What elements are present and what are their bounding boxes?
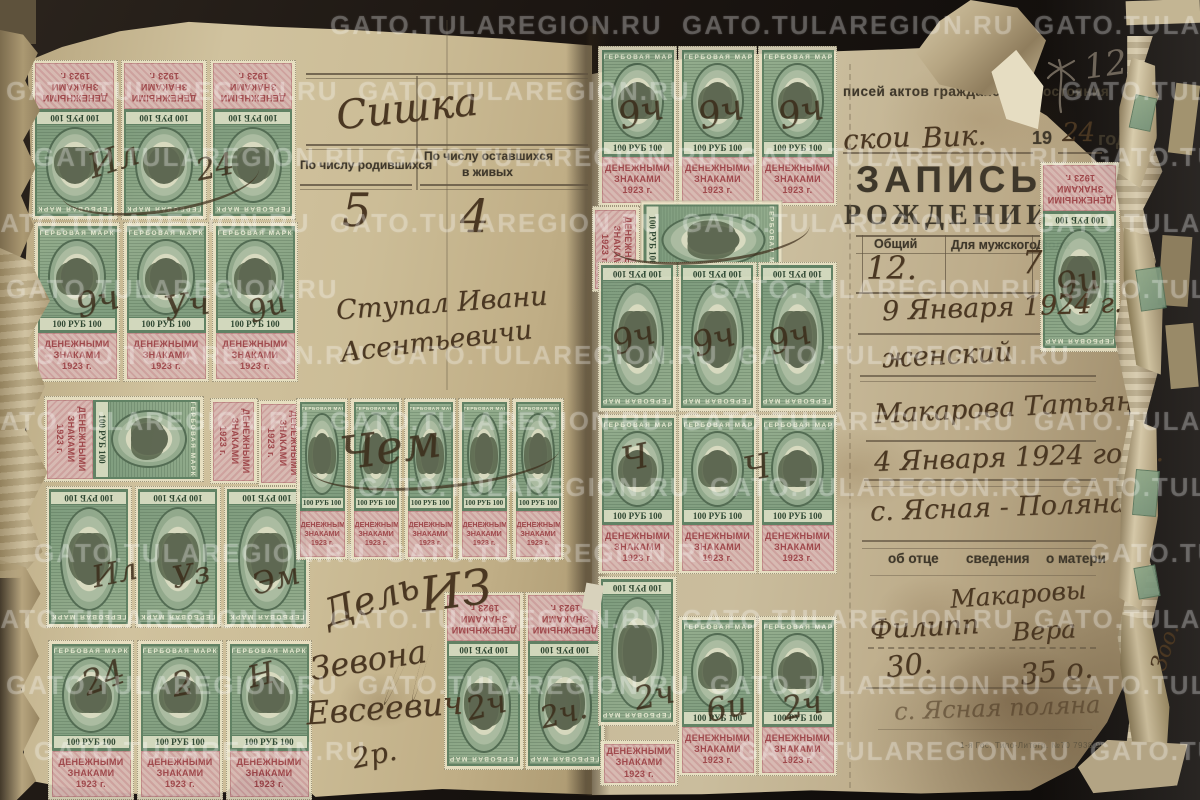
stamp-title: ГЕРБОВАЯ МАРКА: [450, 756, 519, 765]
stamp-value: 100 РУБ 100: [684, 509, 752, 523]
stamp-title: ГЕРБОВАЯ МАРКА: [40, 228, 115, 237]
stamp-overprint: ДЕНЕЖНЫМИЗНАКАМИ1923 г.: [682, 157, 754, 203]
revenue-stamp: ГЕРБОВАЯ МАРКА 100 РУБ 100 ДЕНЕЖНЫМИЗНАК…: [525, 592, 605, 770]
stamp-overprint: ДЕНЕЖНЫМИЗНАКАМИ1923 г.: [127, 333, 206, 379]
pencil-flourish-mark: [1044, 56, 1078, 114]
rule: [860, 375, 1096, 377]
stamp-title: ГЕРБОВАЯ МАРКА: [232, 646, 307, 655]
revenue-stamp: ГЕРБОВАЯ МАРКА 100 РУБ 100 ДЕНЕЖНЫМИЗНАК…: [1040, 162, 1120, 352]
year-handwriting: 24: [1062, 120, 1095, 147]
stamp-overprint: ДЕНЕЖНЫМИЗНАКАМИ1923 г.: [230, 751, 309, 797]
record-title-line1: ЗАПИСЬ: [856, 161, 1042, 200]
stamp-value: 100 РУБ 100: [141, 492, 216, 506]
rule: [856, 235, 1040, 237]
revenue-stamp: ДЕНЕЖНЫМИЗНАКАМИ1923 г.: [600, 740, 678, 786]
stamp-value: 100 РУБ 100: [302, 497, 343, 509]
stamp-overprint: ДЕНЕЖНЫМИЗНАКАМИ1923 г.: [762, 157, 834, 203]
revenue-stamp: ГЕРБОВАЯ МАРКА 100 РУБ 100 ДЕНЕЖНЫМИЗНАК…: [44, 396, 204, 482]
stamp-overprint: ДЕНЕЖНЫМИЗНАКАМИ1923 г.: [52, 751, 131, 797]
stamp-overprint: ДЕНЕЖНЫМИЗНАКАМИ1923 г.: [462, 511, 507, 557]
stamp-value: 100 РУБ 100: [604, 141, 672, 155]
stamp-value: 100 РУБ 100: [450, 644, 519, 658]
stamp-overprint: ДЕНЕЖНЫМИЗНАКАМИ1923 г.: [602, 157, 674, 203]
stamp-value: 100 РУБ 100: [52, 492, 127, 506]
stamp-title: ГЕРБОВАЯ МАРКА: [410, 404, 451, 411]
stamp-title: ГЕРБОВАЯ МАРКА: [604, 52, 672, 61]
rule: [862, 235, 863, 293]
stamp-fragment: [1132, 469, 1160, 517]
section-header-info: сведения: [966, 552, 1030, 566]
stamp-title: ГЕРБОВАЯ МАРКА: [1046, 338, 1115, 347]
stamp-value: 100 РУБ 100: [96, 402, 110, 477]
stamp-value: 100 РУБ 100: [356, 497, 397, 509]
stamp-overprint: ДЕНЕЖНЫМИЗНАКАМИ1923 г.: [141, 751, 220, 797]
stamp-title: ГЕРБОВАЯ МАРКА: [764, 398, 832, 407]
stamp-value: 100 РУБ 100: [518, 497, 559, 509]
corner-page-number: 12: [1082, 45, 1130, 86]
mother-name-handwriting: Вера: [1011, 616, 1076, 646]
stamp-title: ГЕРБОВАЯ МАРКА: [684, 420, 752, 429]
stamp-value: 100 РУБ 100: [230, 492, 305, 506]
stamp-value: 100 РУБ 100: [216, 112, 291, 126]
col-header-alive-line1: По числу оставшихся: [424, 150, 553, 163]
stamp-overprint: ДЕНЕЖНЫМИЗНАКАМИ1923 г.: [682, 525, 754, 571]
entry-sex-handwriting: женский: [881, 339, 1013, 374]
stamp-body: ГЕРБОВАЯ МАРКА 100 РУБ 100: [762, 418, 834, 525]
stamp-overprint: ДЕНЕЖНЫМИЗНАКАМИ1923 г.: [408, 511, 453, 557]
left-scrawl-2: ИЗ: [417, 561, 495, 621]
stamp-title: ГЕРБОВАЯ МАРКА: [218, 228, 293, 237]
stamp-overprint: ДЕНЕЖНЫМИЗНАКАМИ1923 г.: [516, 511, 561, 557]
stamp-title: ГЕРБОВАЯ МАРКА: [684, 398, 752, 407]
stamp-title: ГЕРБОВАЯ МАРКА: [52, 614, 127, 623]
stamp-value: 100 РУБ 100: [764, 268, 832, 282]
stamp-title: ГЕРБОВАЯ МАРКА: [230, 614, 305, 623]
paper-fragment: [1165, 323, 1198, 389]
stamp-overprint: ДЕНЕЖНЫМИЗНАКАМИ1923 г.: [682, 727, 754, 773]
rule: [1058, 152, 1102, 154]
table-value-common: 12.: [866, 252, 917, 286]
table-value-cut: 7: [1022, 246, 1042, 280]
stamp-value: 100 РУБ 100: [38, 112, 113, 126]
stamp-body: ГЕРБОВАЯ МАРКА 100 РУБ 100: [682, 418, 754, 525]
rule: [878, 729, 1092, 730]
born-count-handwriting: 5: [342, 186, 371, 234]
stamp-overprint: ДЕНЕЖНЫМИЗНАКАМИ1923 г.: [604, 744, 675, 783]
emblem-oval: [691, 431, 744, 507]
stamp-overprint: ДЕНЕЖНЫМИЗНАКАМИ1923 г.: [762, 525, 834, 571]
stamp-value: 100 РУБ 100: [464, 497, 505, 509]
emblem-oval: [112, 410, 188, 468]
revenue-stamp: ДЕНЕЖНЫМИЗНАКАМИ1923 г.: [210, 398, 258, 484]
stamp-value: 100 РУБ 100: [232, 735, 307, 749]
stamp-overprint: ДЕНЕЖНЫМИЗНАКАМИ1923 г.: [214, 402, 255, 481]
stamp-title: ГЕРБОВАЯ МАРКА: [464, 404, 505, 411]
rule: [864, 479, 1096, 481]
stamp-title: ГЕРБОВАЯ МАРКА: [764, 52, 832, 61]
rule: [862, 540, 1096, 542]
printer-mark: 1-я Гос. Типо-Литогр. №70 7938.99: [960, 742, 1105, 750]
stamp-body: ГЕРБОВАЯ МАРКА 100 РУБ 100: [94, 400, 201, 479]
stamp-value: 100 РУБ 100: [143, 735, 218, 749]
year-prefix: 19: [1032, 129, 1052, 148]
stamp-value: 100 РУБ 100: [604, 582, 672, 596]
stamp-overprint: ДЕНЕЖНЫМИЗНАКАМИ1923 г.: [300, 511, 345, 557]
stamp-value: 100 РУБ 100: [764, 141, 832, 155]
stamp-overprint: ДЕНЕЖНЫМИЗНАКАМИ1923 г.: [216, 333, 295, 379]
stamp-title: ГЕРБОВАЯ МАРКА: [356, 404, 397, 411]
stamp-overprint: ДЕНЕЖНЫМИЗНАКАМИ1923 г.: [354, 511, 399, 557]
stamp-title: ГЕРБОВАЯ МАРКА: [143, 646, 218, 655]
ink-scrawl: Уч: [161, 282, 213, 329]
registry-header-handwriting-2: Вик.: [921, 120, 987, 153]
stamp-title: ГЕРБОВАЯ МАРКА: [190, 402, 199, 477]
stamp-title: ГЕРБОВАЯ МАРКА: [604, 398, 672, 407]
stamp-title: ГЕРБОВАЯ МАРКА: [684, 622, 752, 631]
col-header-born: По числу родившихся: [300, 159, 432, 172]
stamp-value: 100 РУБ 100: [1046, 214, 1115, 228]
stamp-overprint: ДЕНЕЖНЫМИЗНАКАМИ1923 г.: [1044, 166, 1117, 212]
stamp-title: ГЕРБОВАЯ МАРКА: [141, 614, 216, 623]
stamp-title: ГЕРБОВАЯ МАРКА: [216, 206, 291, 215]
stamp-value: 100 РУБ 100: [684, 141, 752, 155]
stamp-value: 100 РУБ 100: [684, 268, 752, 282]
father-name-handwriting: Филипп: [869, 611, 980, 645]
stamp-value: 100 РУБ 100: [127, 112, 202, 126]
alive-count-handwriting: 4: [460, 192, 489, 240]
revenue-stamp: ГЕРБОВАЯ МАРКА 100 РУБ 100: [135, 486, 221, 628]
rule: [862, 548, 1096, 549]
section-header-father: об отце: [888, 552, 939, 566]
ink-scrawl: Уз: [169, 555, 213, 596]
stamp-value: 100 РУБ 100: [531, 644, 600, 658]
rule: [945, 235, 946, 293]
stamp-overprint: ДЕНЕЖНЫМИЗНАКАМИ1923 г.: [38, 333, 117, 379]
stamp-value: 100 РУБ 100: [604, 509, 672, 523]
stamp-value: 100 РУБ 100: [764, 509, 832, 523]
stamp-title: ГЕРБОВАЯ МАРКА: [764, 622, 832, 631]
stamp-overprint: ДЕНЕЖНЫМИЗНАКАМИ1923 г.: [36, 64, 115, 110]
stamp-title: ГЕРБОВАЯ МАРКА: [518, 404, 559, 411]
father-age-handwriting: 30.: [885, 648, 934, 683]
stamp-value: 100 РУБ 100: [604, 268, 672, 282]
stamp-title: ГЕРБОВАЯ МАРКА: [302, 404, 343, 411]
top-right-edge-strip: [1126, 0, 1200, 25]
stamp-value: 100 РУБ 100: [54, 735, 129, 749]
stamp-title: ГЕРБОВАЯ МАРКА: [531, 756, 600, 765]
col-header-alive-line2: в живых: [462, 166, 513, 179]
stamp-title: ГЕРБОВАЯ МАРКА: [764, 420, 832, 429]
mother-age-handwriting: 35 о.: [1019, 652, 1095, 690]
stamp-overprint: ДЕНЕЖНЫМИЗНАКАМИ1923 г.: [762, 727, 834, 773]
rule: [860, 381, 1096, 382]
stamp-overprint: ДЕНЕЖНЫМИЗНАКАМИ1923 г.: [602, 525, 674, 571]
stamp-title: ГЕРБОВАЯ МАРКА: [604, 420, 672, 429]
revenue-stamp: ГЕРБОВАЯ МАРКА 100 РУБ 100 ДЕНЕЖНЫМИЗНАК…: [512, 398, 564, 560]
stamp-overprint: ДЕНЕЖНЫМИЗНАКАМИ1923 г.: [214, 64, 293, 110]
stamp-title: ГЕРБОВАЯ МАРКА: [129, 228, 204, 237]
emblem-oval: [771, 431, 824, 507]
rule: [849, 64, 853, 788]
registry-header-handwriting-1: скои: [842, 122, 911, 155]
archival-scan: Сишка По числу родившихся По числу остав…: [0, 0, 1200, 800]
stamp-overprint: ДЕНЕЖНЫМИЗНАКАМИ1923 г.: [48, 400, 94, 479]
section-header-mother: о матери: [1046, 552, 1106, 566]
revenue-stamp: ГЕРБОВАЯ МАРКА 100 РУБ 100 ДЕНЕЖНЫМИЗНАК…: [678, 414, 757, 574]
rule: [864, 486, 1096, 487]
stamp-overprint: ДЕНЕЖНЫМИЗНАКАМИ1923 г.: [125, 64, 204, 110]
stamp-title: ГЕРБОВАЯ МАРКА: [684, 52, 752, 61]
stamp-value: 100 РУБ 100: [410, 497, 451, 509]
record-title-line2: РОЖДЕНИИ.: [844, 201, 1065, 230]
revenue-stamp: ГЕРБОВАЯ МАРКА 100 РУБ 100 ДЕНЕЖНЫМИЗНАК…: [758, 414, 837, 574]
